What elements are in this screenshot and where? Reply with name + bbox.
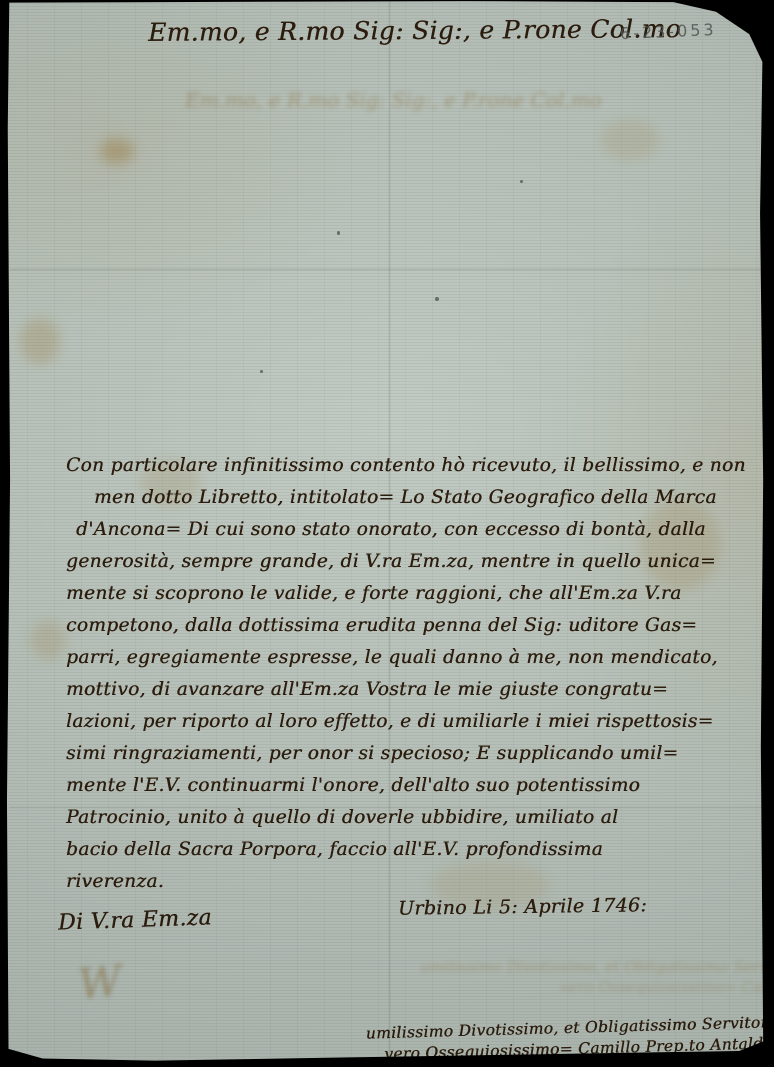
catalog-number: 6-23-053 (620, 20, 717, 43)
ink-bleedthrough-text: Em.mo, e R.mo Sig: Sig:, e P.rone Col.mo (185, 88, 602, 112)
salutation-line: Em.mo, e R.mo Sig: Sig:, e P.rone Col.mo (148, 14, 681, 47)
dateline: Urbino Li 5: Aprile 1746: (398, 894, 647, 919)
body-line: Patrocinio, unito à quello di doverle ub… (66, 802, 726, 834)
body-line: riverenza. (66, 866, 726, 898)
body-line: simi ringraziamenti, per onor si specios… (66, 738, 726, 770)
body-line: mente si scoprono le valide, e forte rag… (66, 578, 726, 610)
ink-speck (260, 370, 263, 373)
ink-speck (435, 297, 439, 301)
stain (600, 120, 660, 160)
ink-bleedthrough-text: vero Ossequiosissimo= Camillo Prep.to An… (560, 978, 774, 996)
ink-speck (337, 231, 340, 235)
body-line: competono, dalla dottissima erudita penn… (66, 610, 726, 642)
letter-body: Con particolare infinitissimo contento h… (66, 450, 726, 898)
body-line: Con particolare infinitissimo contento h… (66, 450, 726, 482)
scanned-letter-page: Em.mo, e R.mo Sig: Sig:, e P.rone Col.mo… (0, 0, 774, 1067)
body-line: d'Ancona= Di cui sono stato onorato, con… (66, 514, 726, 546)
body-line: lazioni, per riporto al loro effetto, e … (66, 706, 726, 738)
body-line: mottivo, di avanzare all'Em.za Vostra le… (66, 674, 726, 706)
body-line: generosità, sempre grande, di V.ra Em.za… (66, 546, 726, 578)
paper-sheet: Em.mo, e R.mo Sig: Sig:, e P.rone Col.mo… (0, 0, 774, 1067)
horizontal-fold-crease (10, 268, 764, 271)
signature-block: umilissimo Divotissimo, et Obligatissimo… (365, 1012, 768, 1065)
ink-speck (520, 180, 523, 183)
body-line: men dotto Libretto, intitolato= Lo Stato… (66, 482, 726, 514)
ink-bleedthrough-mark: W (76, 956, 124, 1009)
sender-honorific: Di V.ra Em.za (58, 905, 213, 935)
body-line: parri, egregiamente espresse, le quali d… (66, 642, 726, 674)
body-line: bacio della Sacra Porpora, faccio all'E.… (66, 834, 726, 866)
stain (30, 620, 66, 660)
ink-bleedthrough-text: umilissimo Divotissimo, et Obligatissimo… (420, 958, 774, 976)
stain (100, 138, 134, 164)
body-line: mente l'E.V. continuarmi l'onore, dell'a… (66, 770, 726, 802)
stain (20, 318, 60, 364)
